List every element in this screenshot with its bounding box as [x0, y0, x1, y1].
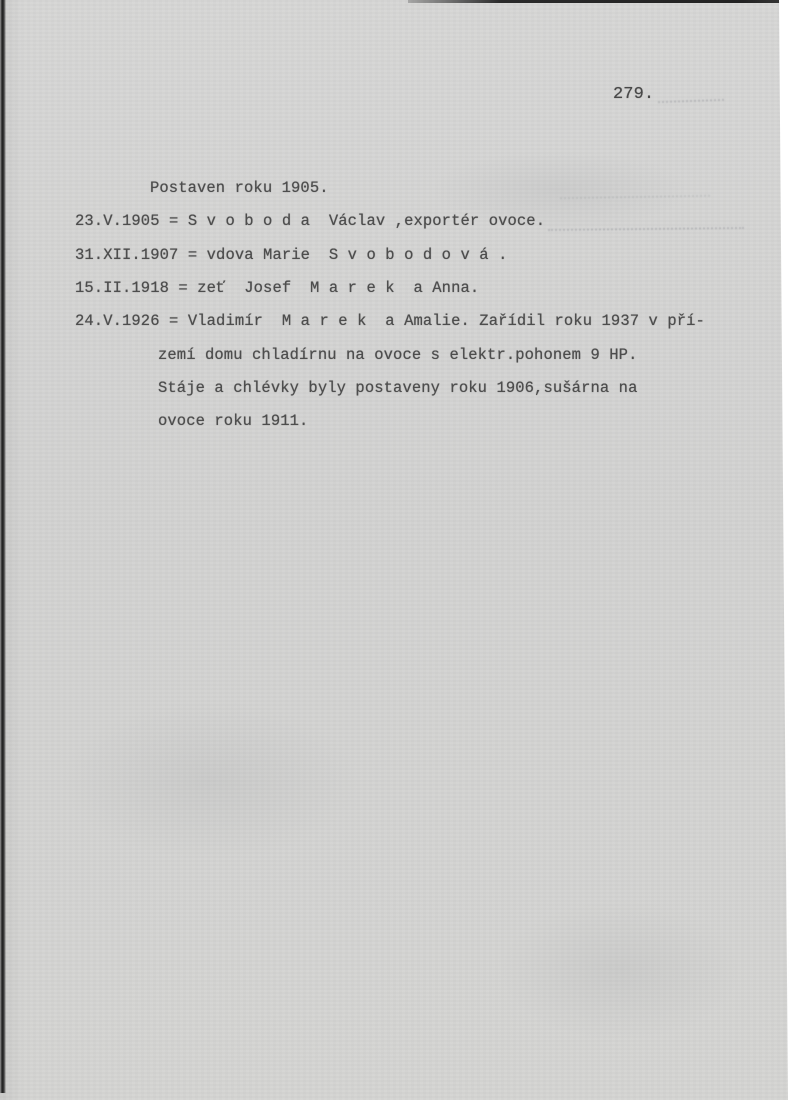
entry-date: 15.II.1918	[75, 279, 169, 297]
paper-blotch	[500, 900, 740, 1040]
entry-separator: =	[178, 246, 206, 264]
entry-separator: =	[169, 279, 197, 297]
entry-date: 31.XII.1907	[75, 246, 178, 264]
continuation-line: ovoce roku 1911.	[158, 414, 308, 430]
page-number: 279.	[613, 86, 654, 103]
entry-date: 24.V.1926	[75, 312, 160, 330]
entry-text: vdova Marie S v o b o d o v á .	[207, 246, 508, 264]
entry-text: zeť Josef M a r e k a Anna.	[197, 279, 479, 297]
heading-line: Postaven roku 1905.	[150, 181, 329, 197]
entry-text: S v o b o d a Václav ,exportér ovoce.	[188, 212, 545, 230]
entry-separator: =	[160, 212, 188, 230]
entry-text: Vladimír M a r e k a Amalie. Zařídil rok…	[188, 312, 705, 330]
paper-sheet: 279. Postaven roku 1905. 23.V.1905 = S v…	[0, 0, 800, 1100]
left-edge-shadow	[0, 0, 6, 1093]
entry-line: 31.XII.1907 = vdova Marie S v o b o d o …	[75, 248, 508, 264]
continuation-line: Stáje a chlévky byly postaveny roku 1906…	[158, 381, 637, 397]
entry-separator: =	[160, 312, 188, 330]
entry-line: 15.II.1918 = zeť Josef M a r e k a Anna.	[75, 281, 479, 297]
continuation-line: zemí domu chladírnu na ovoce s elektr.po…	[158, 348, 637, 364]
paper-blotch	[60, 700, 360, 860]
entry-date: 23.V.1905	[75, 212, 160, 230]
entry-line: 24.V.1926 = Vladimír M a r e k a Amalie.…	[75, 314, 705, 330]
top-edge-shadow	[408, 0, 780, 3]
scanned-page: 279. Postaven roku 1905. 23.V.1905 = S v…	[0, 0, 800, 1100]
entry-line: 23.V.1905 = S v o b o d a Václav ,export…	[75, 214, 545, 230]
